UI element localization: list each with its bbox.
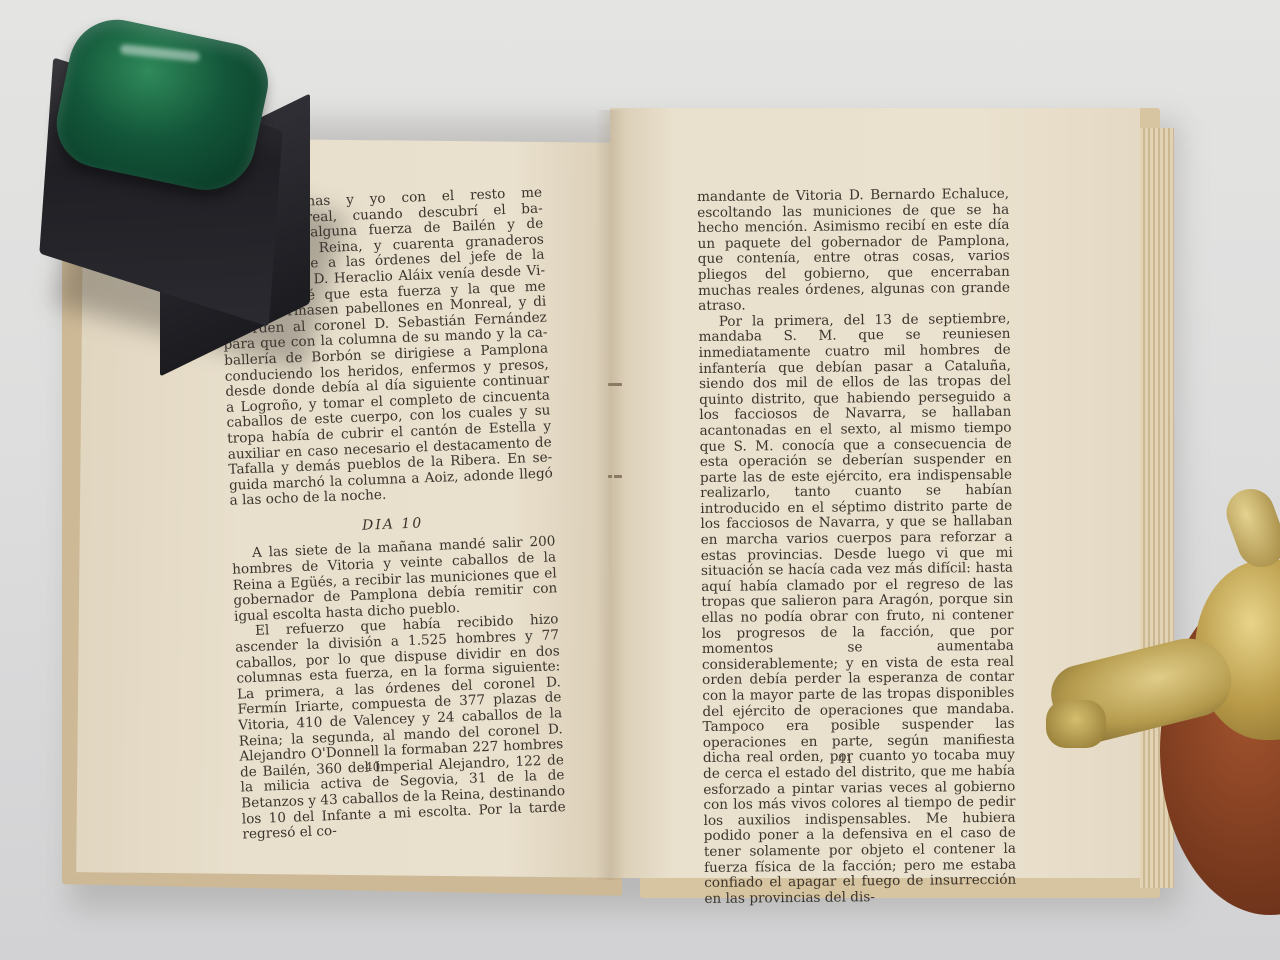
brass-figure-arm [1220,482,1280,574]
right-page-text: mandante de Vitoria D. Bernardo Echaluce… [697,187,1016,908]
binding-thread [612,475,614,570]
photo-scene: to en Salinas y yo con el resto meba a M… [0,0,1280,960]
binding-stitch [608,383,622,386]
binding-stitch [608,475,622,478]
page-number-left: 40 [365,760,380,774]
brass-figure-foot [1046,700,1106,748]
left-paragraph-2: A las siete de la mañana mandé salir 200… [231,535,558,625]
page-number-right: 41 [838,752,853,766]
right-paragraph-1: mandante de Vitoria D. Bernardo Echaluce… [697,187,1010,315]
book-gutter [595,110,625,880]
right-paragraph-2: Por la primera, del 13 de septiembre, ma… [698,311,1016,907]
left-paragraph-3: El refuerzo que había recibido hizo asce… [234,613,566,844]
